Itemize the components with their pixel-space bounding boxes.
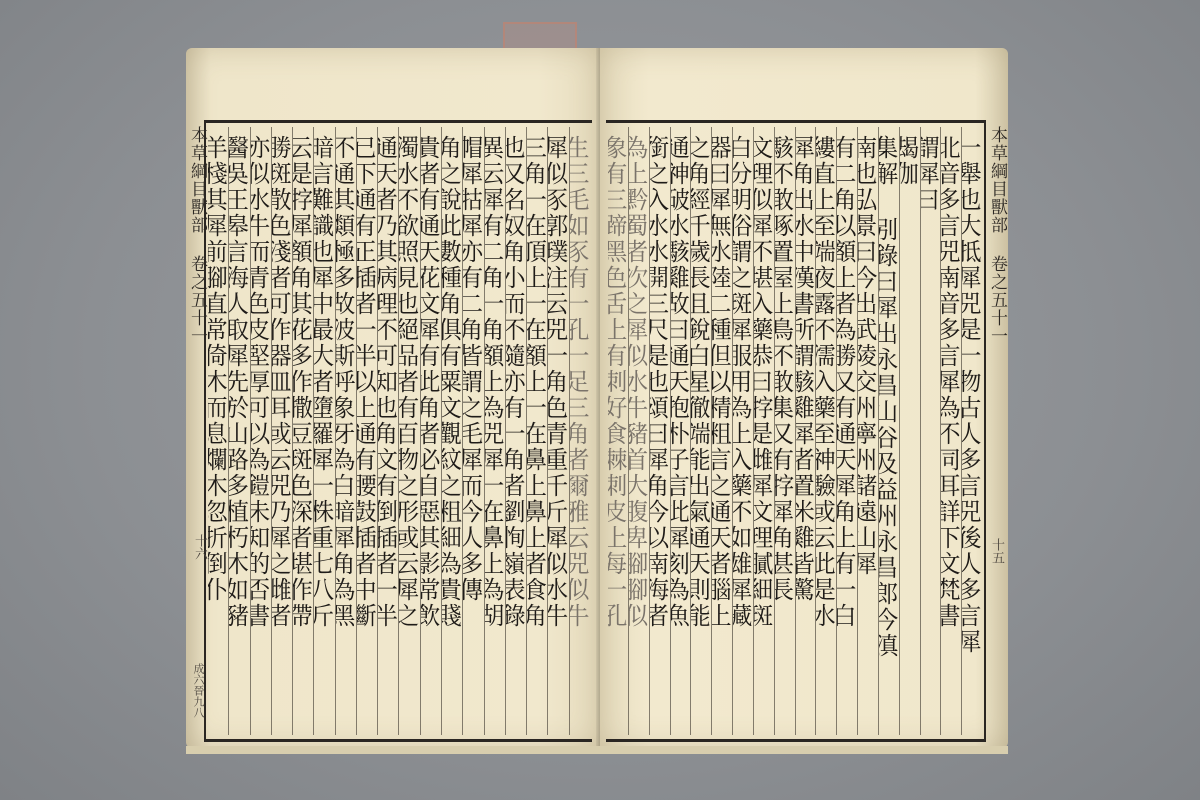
text-column: 一舉也大抵犀兕是一物古人多言兕後人多言犀: [961, 127, 982, 735]
text-column: 貴者有通天花文犀有此角者必自惡其影常飲: [420, 127, 441, 735]
text-column: 帽犀牯犀亦有二角皆謂之毛犀而今人多傳: [462, 127, 483, 735]
text-column: 北音多言兕南音多言犀為不同耳詳下文梵書: [940, 127, 961, 735]
text-column: 不通其類極多故波斯呼象牙為白暗犀角為黑: [335, 127, 356, 735]
right-page-stack-edge: [600, 746, 1008, 754]
text-column: 通神破水駭雞故曰通天抱朴子言此犀刻為魚: [670, 127, 691, 735]
text-column: 之角經千歲長且銳白星徹端能出氣通天則能: [690, 127, 711, 735]
text-column: 器曰犀無水陸二種但以精粗言之通天者腦上: [711, 127, 732, 735]
text-column: 醫吳王皋言海人取犀先於山路多植朽木如豬: [228, 127, 249, 735]
text-column: 為上黔蜀者次之犀似水牛豬首大腹卑腳腳似: [628, 127, 649, 735]
right-page-text-frame: 一舉也大抵犀兕是一物古人多言兕後人多言犀 北音多言兕南音多言犀為不同耳詳下文梵書…: [606, 120, 986, 742]
left-folio-number: 十六: [190, 534, 209, 560]
text-column: 朅伽: [899, 127, 920, 735]
text-column: 有二角以額上者為勝又有通天犀角上有一白: [836, 127, 857, 735]
text-column: 文理似犀不堪入藥恭曰牸是雌犀文理膩細斑: [753, 127, 774, 735]
text-column: 異云犀有二角一角額上為兕犀一在鼻上為胡: [484, 127, 505, 735]
text-column: 白分明俗謂之斑犀服用為上入藥不如雄犀藏: [732, 127, 753, 735]
text-column: 縷直上至端夜露不濡入藥至神驗或云此是水: [815, 127, 836, 735]
text-column: 南也弘景曰今出武陵交州寧州諸遠山犀: [857, 127, 878, 735]
open-book: 本草綱目獸部 卷之五十一 生三毛如豕有一孔一足三角者爾雅云兕似牛 犀似豕郭璞注云…: [186, 48, 1008, 750]
text-column: 駭不敢啄置屋上鳥不敢集又有牸犀角甚長: [774, 127, 795, 735]
text-column: 角之說此數種角俱有粟文觀紋之粗細為貴賤: [441, 127, 462, 735]
left-page-stack-edge: [186, 746, 600, 754]
right-page-columns: 一舉也大抵犀兕是一物古人多言兕後人多言犀 北音多言兕南音多言犀為不同耳詳下文梵書…: [608, 127, 982, 735]
text-column: 也又名奴角小而不隨亦有一角者劉恂嶺表錄: [505, 127, 526, 735]
text-column: 亦似水牛而青色皮堅厚可以為鎧未知的否書: [250, 127, 271, 735]
left-page-stamp: 成六晉九八: [190, 663, 206, 718]
text-column: 暗言難識也犀中最大者墮羅犀一株重七八斤: [313, 127, 334, 735]
text-column: 三角一在頂上一在額上一在鼻上鼻上者食角: [526, 127, 547, 735]
text-column: 羊棧其犀前腳直常倚木而息爛木忽折倒仆: [208, 127, 228, 735]
section-heading-column: 集解 別錄曰犀出永昌山谷及益州永昌郎今滇: [878, 127, 899, 735]
text-column: 犀似豕郭璞注云兕一角色青重千斤犀似水牛: [547, 127, 568, 735]
text-column: 通天者乃其病理不可知也角文有倒插者一半: [377, 127, 398, 735]
text-column: 犀角出水中漢書所謂駭雞犀者置米雞皆驚: [795, 127, 816, 735]
text-column: 濁水不欲照見也絕品者有百物之形或云犀之: [398, 127, 419, 735]
text-column: 銜之入水水開三尺是也頌曰犀角今以南海者: [649, 127, 670, 735]
text-column: 云是牸犀額角其花多作撒豆斑色深者堪作帶: [292, 127, 313, 735]
right-page-margin-title: 本草綱目獸部 卷之五十一: [986, 120, 1008, 742]
right-page: 一舉也大抵犀兕是一物古人多言兕後人多言犀 北音多言兕南音多言犀為不同耳詳下文梵書…: [600, 48, 1008, 748]
left-page: 本草綱目獸部 卷之五十一 生三毛如豕有一孔一足三角者爾雅云兕似牛 犀似豕郭璞注云…: [186, 48, 600, 748]
text-column: 謂犀曰: [920, 127, 941, 735]
text-column: 勝斑散色淺者可作器皿耳或云兕乃犀之雌者: [271, 127, 292, 735]
text-column: 象有三蹄黑色舌上有刺好食棘刺皮上每一孔: [608, 127, 628, 735]
text-column: 生三毛如豕有一孔一足三角者爾雅云兕似牛: [569, 127, 590, 735]
left-page-columns: 生三毛如豕有一孔一足三角者爾雅云兕似牛 犀似豕郭璞注云兕一角色青重千斤犀似水牛 …: [208, 127, 590, 735]
text-column: 已下通有正插者一半以上通有腰鼓插者中斷: [356, 127, 377, 735]
right-folio-number: 十五: [987, 538, 1006, 564]
left-page-text-frame: 生三毛如豕有一孔一足三角者爾雅云兕似牛 犀似豕郭璞注云兕一角色青重千斤犀似水牛 …: [204, 120, 592, 742]
